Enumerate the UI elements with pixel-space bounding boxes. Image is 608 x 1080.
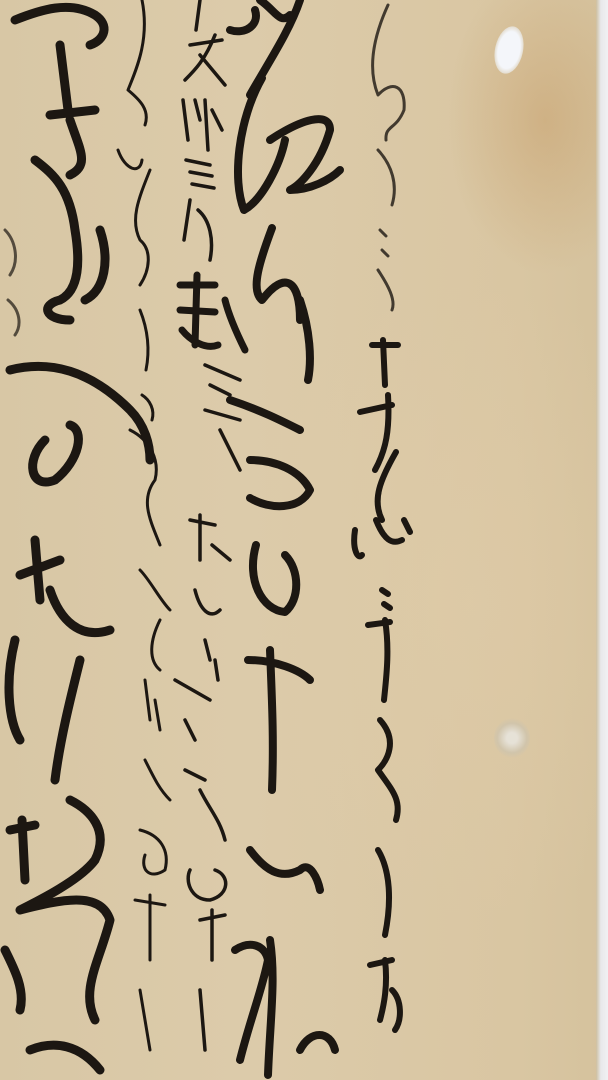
column-right-bold bbox=[354, 340, 410, 1030]
column-left-thin bbox=[118, 0, 170, 1050]
column-annotation-2 bbox=[175, 365, 240, 1050]
column-edge-left bbox=[5, 230, 19, 335]
ink-strokes bbox=[0, 0, 608, 1080]
column-annotation bbox=[183, 0, 225, 260]
calligraphy-photo: Japanese cursive calligraphy (kuzushiji)… bbox=[0, 0, 608, 1080]
column-right bbox=[373, 5, 405, 310]
char-bold-small bbox=[180, 275, 245, 350]
column-middle bbox=[230, 0, 340, 1075]
